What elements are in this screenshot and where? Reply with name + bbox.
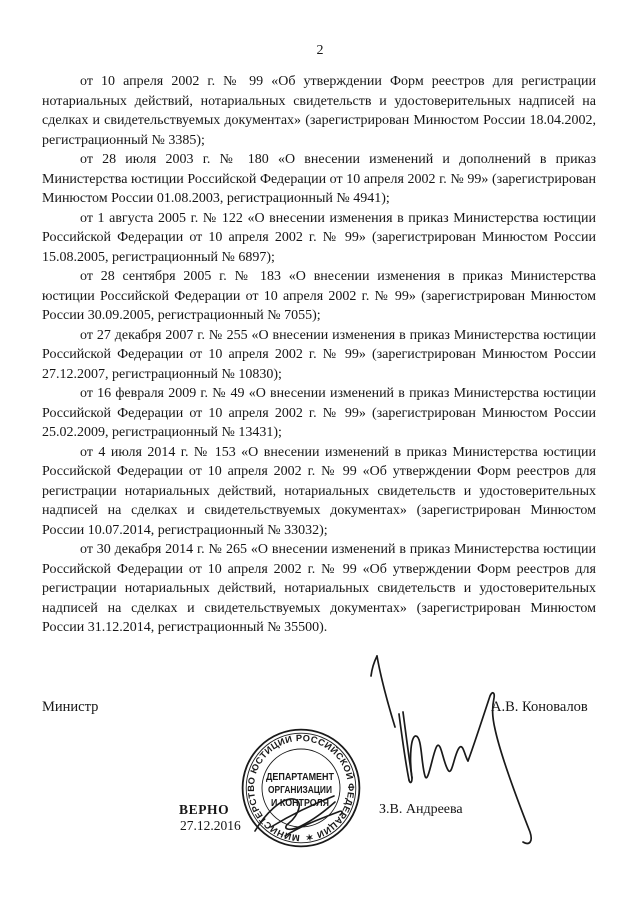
document-page: 2 от 10 апреля 2002 г. № 99 «Об утвержде… <box>0 0 640 905</box>
order-paragraph: от 28 сентября 2005 г. № 183 «О внесении… <box>42 267 596 326</box>
document-body: от 10 апреля 2002 г. № 99 «Об утверждени… <box>42 72 596 638</box>
order-paragraph: от 16 февраля 2009 г. № 49 «О внесении и… <box>42 384 596 443</box>
order-paragraph: от 27 декабря 2007 г. № 255 «О внесении … <box>42 326 596 385</box>
signature-stroke <box>409 736 468 783</box>
certification-date: 27.12.2016 <box>180 818 241 834</box>
page-number: 2 <box>0 43 640 59</box>
order-paragraph: от 30 декабря 2014 г. № 265 «О внесении … <box>42 540 596 638</box>
seal-center-line: ДЕПАРТАМЕНТ <box>266 771 334 783</box>
signature-stroke <box>377 656 395 727</box>
signature-stroke <box>371 656 377 676</box>
order-paragraph: от 10 апреля 2002 г. № 99 «Об утверждени… <box>42 72 596 150</box>
certified-true-mark: ВЕРНО <box>179 802 229 818</box>
order-paragraph: от 28 июля 2003 г. № 180 «О внесении изм… <box>42 150 596 209</box>
order-paragraph: от 1 августа 2005 г. № 122 «О внесении и… <box>42 209 596 268</box>
order-paragraph: от 4 июля 2014 г. № 153 «О внесении изме… <box>42 443 596 541</box>
seal-center-line: ОРГАНИЗАЦИИ <box>268 784 332 796</box>
minister-title: Министр <box>42 699 98 716</box>
signature-stroke <box>468 693 531 844</box>
minister-signature <box>350 640 550 855</box>
ministry-seal-stamp: МИНИСТЕРСТВО ЮСТИЦИИ РОССИЙСКОЙ ФЕДЕРАЦИ… <box>241 728 361 848</box>
certifier-name: З.В. Андреева <box>379 802 463 818</box>
